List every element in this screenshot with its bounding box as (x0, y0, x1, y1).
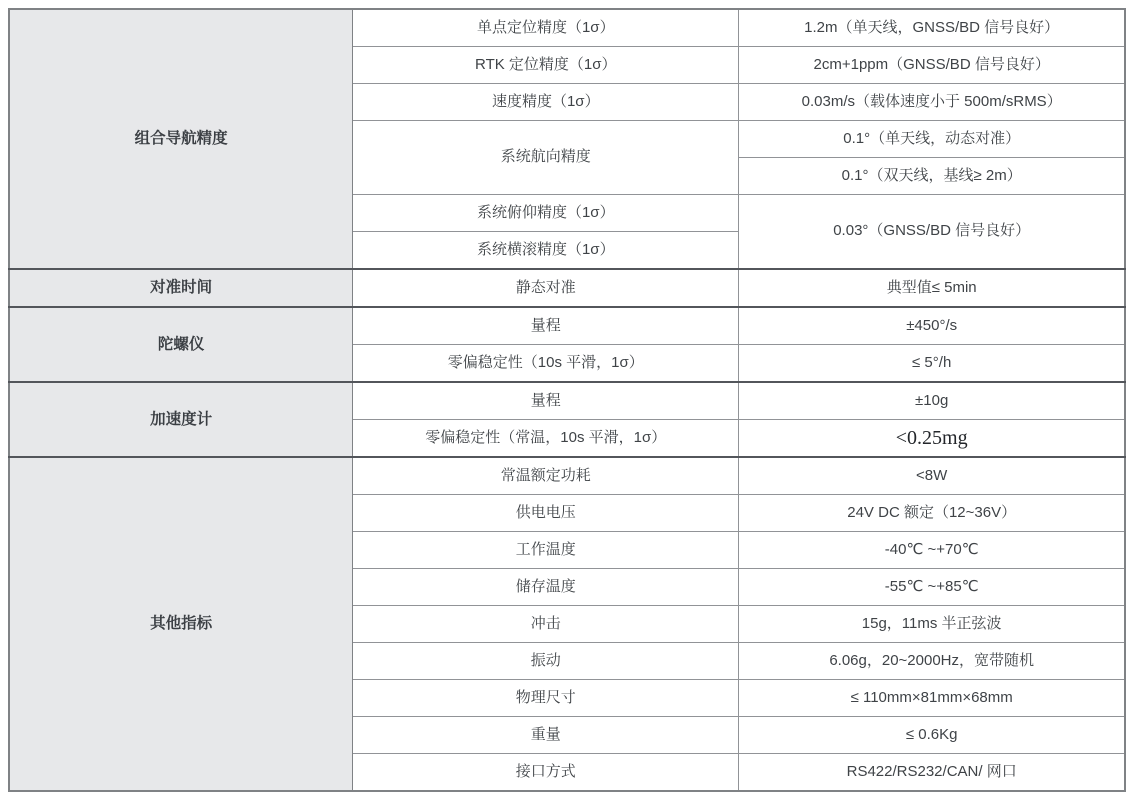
spec-name-cell: 量程 (353, 307, 739, 345)
spec-value-cell: -40℃ ~+70℃ (739, 532, 1125, 569)
category-cell: 陀螺仪 (9, 307, 353, 382)
category-cell: 其他指标 (9, 457, 353, 791)
spec-name-cell: 零偏稳定性（常温，10s 平滑，1σ） (353, 420, 739, 458)
spec-name-cell: 系统航向精度 (353, 121, 739, 195)
spec-value-cell: ±450°/s (739, 307, 1125, 345)
spec-name-cell: 系统横滚精度（1σ） (353, 232, 739, 270)
spec-value-cell: 24V DC 额定（12~36V） (739, 495, 1125, 532)
table-row: 组合导航精度 单点定位精度（1σ） 1.2m（单天线，GNSS/BD 信号良好） (9, 9, 1125, 47)
category-cell: 组合导航精度 (9, 9, 353, 269)
spec-name-cell: RTK 定位精度（1σ） (353, 47, 739, 84)
spec-name-cell: 速度精度（1σ） (353, 84, 739, 121)
spec-value-cell: 6.06g，20~2000Hz，宽带随机 (739, 643, 1125, 680)
spec-value-cell: 15g，11ms 半正弦波 (739, 606, 1125, 643)
spec-name-cell: 单点定位精度（1σ） (353, 9, 739, 47)
spec-name-cell: 储存温度 (353, 569, 739, 606)
spec-value-cell: 0.1°（双天线，基线≥ 2m） (739, 158, 1125, 195)
table-row: 对准时间 静态对准 典型值≤ 5min (9, 269, 1125, 307)
spec-value-cell: <8W (739, 457, 1125, 495)
spec-name-cell: 零偏稳定性（10s 平滑，1σ） (353, 345, 739, 383)
spec-value-cell: ≤ 5°/h (739, 345, 1125, 383)
table-row: 陀螺仪 量程 ±450°/s (9, 307, 1125, 345)
spec-value-cell: ±10g (739, 382, 1125, 420)
spec-value-cell: RS422/RS232/CAN/ 网口 (739, 754, 1125, 792)
spec-name-cell: 振动 (353, 643, 739, 680)
category-cell: 加速度计 (9, 382, 353, 457)
spec-value-cell: 典型值≤ 5min (739, 269, 1125, 307)
spec-value-cell: 0.03m/s（载体速度小于 500m/sRMS） (739, 84, 1125, 121)
spec-name-cell: 冲击 (353, 606, 739, 643)
spec-name-cell: 重量 (353, 717, 739, 754)
spec-table: 组合导航精度 单点定位精度（1σ） 1.2m（单天线，GNSS/BD 信号良好）… (8, 8, 1126, 792)
spec-sheet-page: 组合导航精度 单点定位精度（1σ） 1.2m（单天线，GNSS/BD 信号良好）… (0, 0, 1132, 780)
spec-name-cell: 系统俯仰精度（1σ） (353, 195, 739, 232)
spec-value-cell: <0.25mg (739, 420, 1125, 458)
spec-name-cell: 物理尺寸 (353, 680, 739, 717)
spec-value-cell: 0.1°（单天线，动态对准） (739, 121, 1125, 158)
spec-name-cell: 常温额定功耗 (353, 457, 739, 495)
spec-value-cell: 0.03°（GNSS/BD 信号良好） (739, 195, 1125, 270)
spec-name-cell: 接口方式 (353, 754, 739, 792)
spec-name-cell: 静态对准 (353, 269, 739, 307)
spec-name-cell: 供电电压 (353, 495, 739, 532)
category-cell: 对准时间 (9, 269, 353, 307)
spec-value-cell: -55℃ ~+85℃ (739, 569, 1125, 606)
spec-name-cell: 工作温度 (353, 532, 739, 569)
spec-value-cell: 1.2m（单天线，GNSS/BD 信号良好） (739, 9, 1125, 47)
spec-value-cell: 2cm+1ppm（GNSS/BD 信号良好） (739, 47, 1125, 84)
spec-name-cell: 量程 (353, 382, 739, 420)
table-row: 加速度计 量程 ±10g (9, 382, 1125, 420)
spec-value-cell: ≤ 0.6Kg (739, 717, 1125, 754)
spec-value-cell: ≤ 110mm×81mm×68mm (739, 680, 1125, 717)
table-row: 其他指标 常温额定功耗 <8W (9, 457, 1125, 495)
